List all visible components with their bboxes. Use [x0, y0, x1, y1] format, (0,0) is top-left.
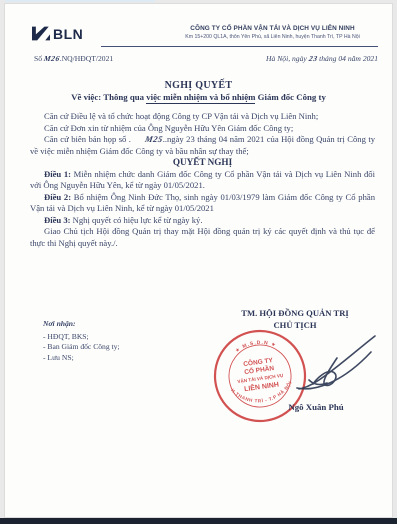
- document-title: NGHỊ QUYẾT: [5, 80, 392, 91]
- document-body: Căn cứ Điều lệ và tổ chức hoạt động Công…: [30, 111, 375, 249]
- preamble-item-3: Căn cứ biên bản họp số .M25..ngày 23 thá…: [30, 134, 375, 157]
- resolution-heading: QUYẾT NGHỊ: [30, 157, 375, 169]
- date-post: tháng 04 năm 2021: [317, 54, 378, 63]
- document-subtitle: Về việc: Thông qua việc miễn nhiệm và bổ…: [5, 92, 392, 102]
- logo-text: BLN: [53, 27, 83, 41]
- article-1-label: Điều 1:: [44, 169, 71, 179]
- subtitle-post: Giám đốc Công ty: [255, 92, 325, 102]
- signer-name: Ngô Xuân Phú: [251, 402, 381, 412]
- preamble-item-1: Căn cứ Điều lệ và tổ chức hoạt động Công…: [30, 111, 375, 123]
- doc-number-prefix: Số: [34, 54, 42, 63]
- stamp-ring-top-text: ★ M.S.D.N ★: [234, 337, 279, 354]
- company-name: CÔNG TY CỔ PHẦN VẬN TẢI VÀ DỊCH VỤ LIÊN …: [165, 25, 380, 32]
- bln-logo-icon: [32, 26, 50, 41]
- recipients-heading: Nơi nhận:: [43, 319, 120, 330]
- doc-number-handwritten: M26: [43, 54, 60, 63]
- article-2-text: Bổ nhiệm Ông Ninh Đức Thọ, sinh ngày 01/…: [30, 192, 375, 214]
- article-2-label: Điều 2:: [44, 192, 71, 202]
- recipient-item: - Lưu NS;: [43, 353, 120, 364]
- article-3-label: Điều 3:: [44, 215, 71, 225]
- date-day-handwritten: 23: [308, 54, 318, 63]
- handwritten-signature: [279, 330, 383, 406]
- document-number: Số M26.NQ/HĐQT/2021: [34, 54, 113, 63]
- article-1: Điều 1: Miễn nhiệm chức danh Giám đốc Cô…: [30, 169, 375, 192]
- preamble-item-3-handwritten: M25: [130, 134, 164, 146]
- subtitle-underlined: việc miễn nhiệm và bổ nhiệm: [146, 92, 255, 104]
- company-logo: BLN: [32, 26, 83, 41]
- recipient-item: - HĐQT, BKS;: [43, 332, 120, 343]
- scan-glare: [5, 0, 155, 2]
- svg-text:★ M.S.D.N ★: ★ M.S.D.N ★: [234, 337, 279, 354]
- preamble-item-2: Căn cứ Đơn xin từ nhiệm của Ông Nguyễn H…: [30, 123, 375, 135]
- article-3-text: Nghị quyết có hiệu lực kể từ ngày ký.: [71, 215, 203, 225]
- company-address: Km 15+200 QL1A, thôn Yên Phú, xã Liên Ni…: [165, 34, 380, 40]
- article-3: Điều 3: Nghị quyết có hiệu lực kể từ ngà…: [30, 215, 375, 227]
- article-1-text: Miễn nhiệm chức danh Giám đốc Công ty Cổ…: [30, 169, 375, 191]
- preamble-item-3-pre: Căn cứ biên bản họp số .: [44, 134, 131, 144]
- document-date: Hà Nội, ngày 23 tháng 04 năm 2021: [266, 54, 378, 63]
- recipients-block: Nơi nhận: - HĐQT, BKS; - Ban Giám đốc Cô…: [43, 319, 120, 363]
- company-header-block: CÔNG TY CỔ PHẦN VẬN TẢI VÀ DỊCH VỤ LIÊN …: [165, 25, 380, 40]
- window-bottom-edge: [0, 518, 397, 524]
- closing-paragraph: Giao Chủ tịch Hội đồng Quản trị thay mặt…: [30, 226, 375, 249]
- subtitle-pre: Về việc: Thông qua: [71, 92, 146, 102]
- on-behalf-line: TM. HỘI ĐỒNG QUẢN TRỊ: [195, 308, 395, 320]
- date-pre: Hà Nội, ngày: [266, 54, 309, 63]
- header-divider: [101, 46, 378, 47]
- article-2: Điều 2: Bổ nhiệm Ông Ninh Đức Thọ, sinh …: [30, 192, 375, 215]
- document-page: BLN CÔNG TY CỔ PHẦN VẬN TẢI VÀ DỊCH VỤ L…: [4, 3, 393, 518]
- recipient-item: - Ban Giám đốc Công ty;: [43, 342, 120, 353]
- doc-number-suffix: .NQ/HĐQT/2021: [60, 54, 113, 63]
